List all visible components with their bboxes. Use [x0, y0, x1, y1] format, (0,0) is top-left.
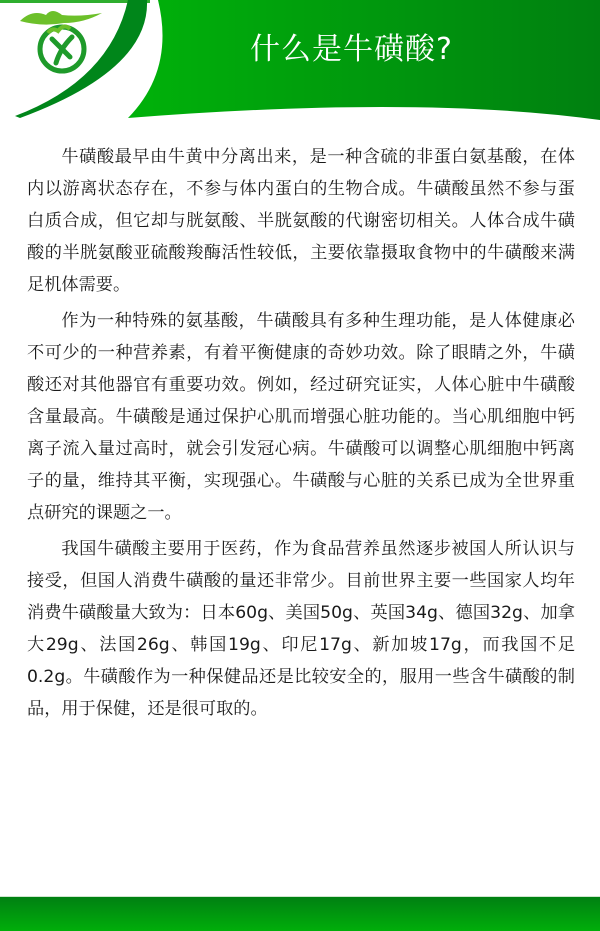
footer-bar — [0, 896, 600, 931]
paragraph-intro: 牛磺酸最早由牛黄中分离出来，是一种含硫的非蛋白氨基酸，在体内以游离状态存在，不参… — [27, 141, 575, 301]
page-title: 什么是牛磺酸? — [250, 30, 510, 70]
paragraph-functions: 作为一种特殊的氨基酸，牛磺酸具有多种生理功能，是人体健康必不可少的一种营养素，有… — [27, 305, 575, 529]
paragraph-consumption: 我国牛磺酸主要用于医药，作为食品营养虽然逐步被国人所认识与接受，但国人消费牛磺酸… — [27, 533, 575, 725]
header-banner: 什么是牛磺酸? — [0, 0, 600, 125]
logo-icon — [12, 5, 112, 80]
article-body: 牛磺酸最早由牛黄中分离出来，是一种含硫的非蛋白氨基酸，在体内以游离状态存在，不参… — [27, 141, 575, 729]
